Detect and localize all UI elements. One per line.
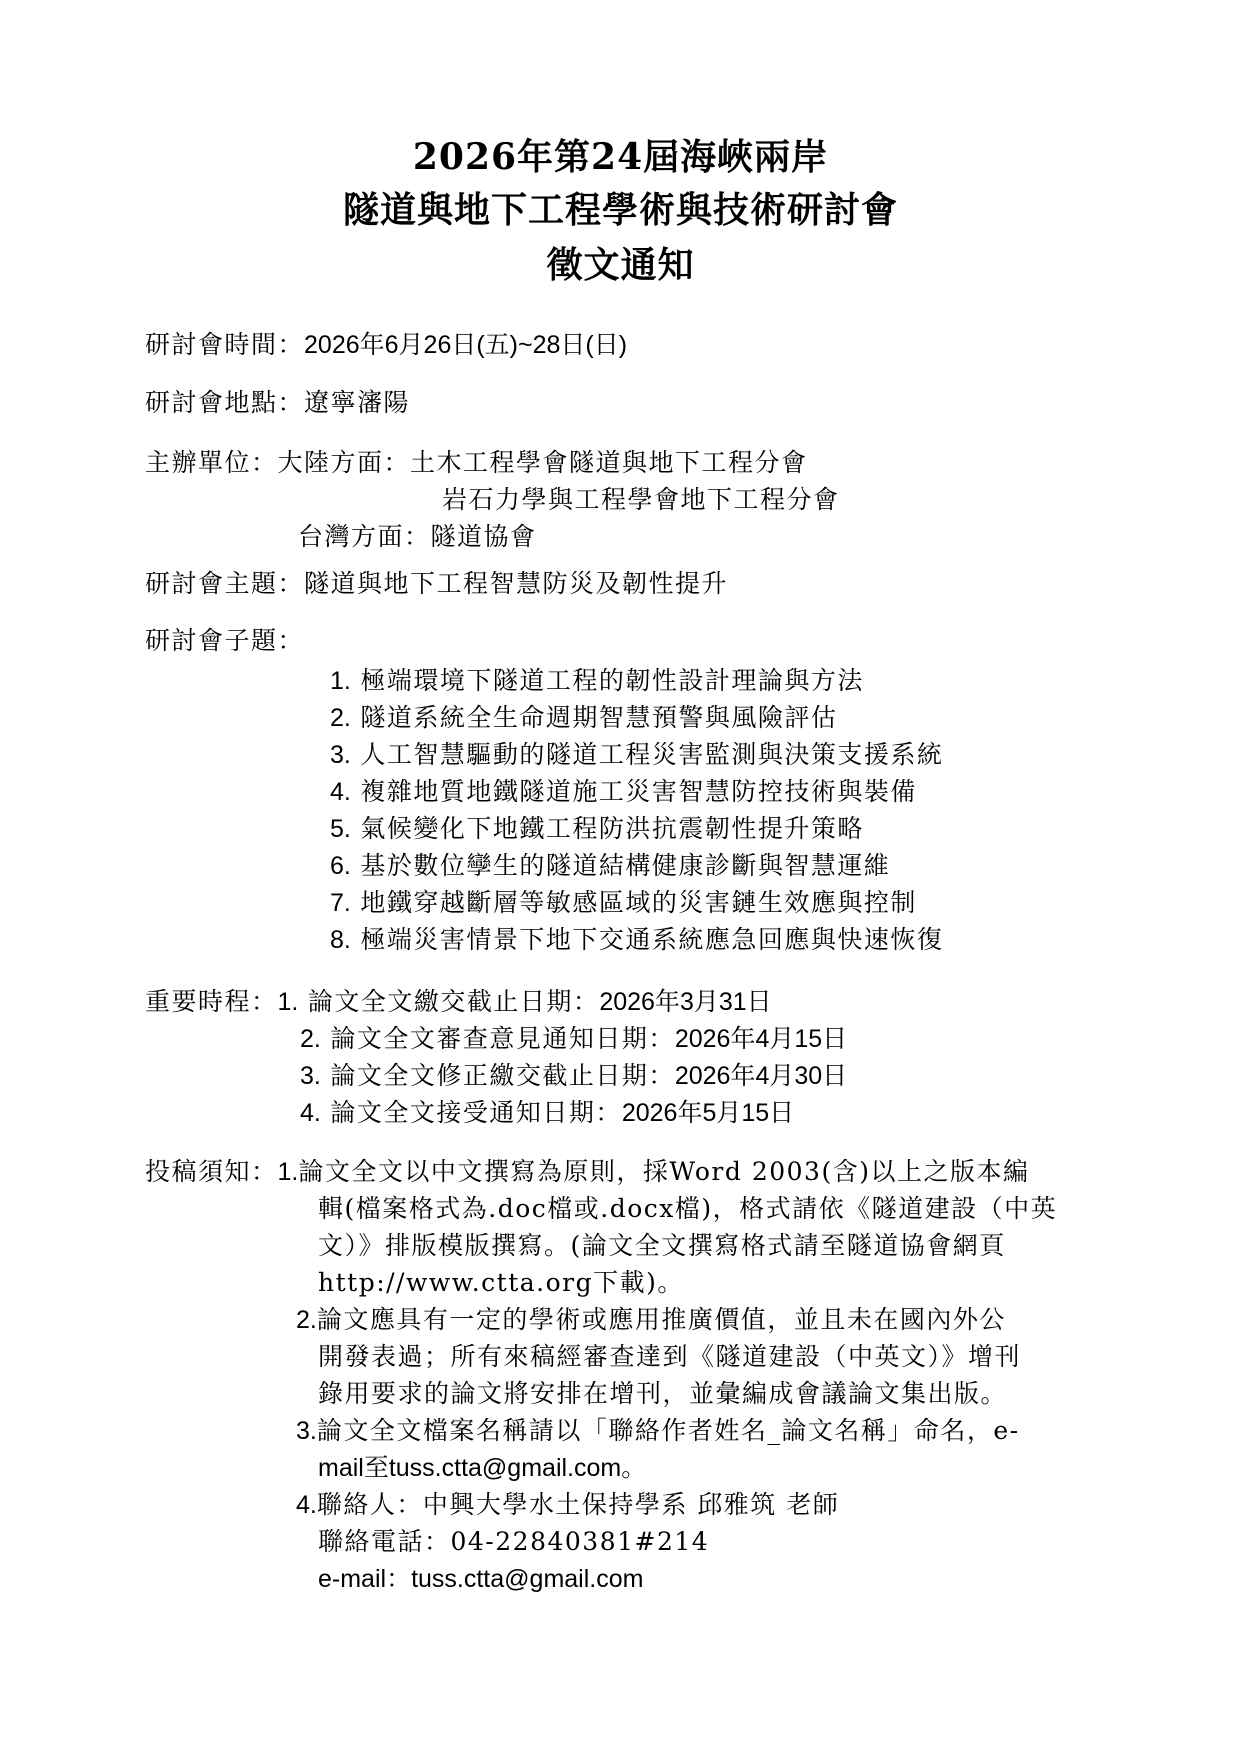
submission-note-line: 文）》排版模版撰寫。(論文全文撰寫格式請至隧道協會網頁 [318,1229,1006,1263]
title-line-1: 2026年第24屆海峽兩岸 [0,135,1241,179]
submission-note-4: 4.聯絡人：中興大學水土保持學系 邱雅筑 老師 [296,1488,839,1522]
time-value: 2026年6月26日(五)~28日(日) [304,331,627,359]
contact-email[interactable]: e-mail：tuss.ctta@gmail.com [318,1562,643,1596]
schedule-item: 4. 論文全文接受通知日期：2026年5月15日 [300,1096,794,1130]
theme-label: 研討會主題： [145,569,304,598]
mainland-organizer-2: 岩石力學與工程學會地下工程分會 [442,483,840,517]
organizers-row-taiwan: 台灣方面：隧道協會 [298,520,537,554]
submission-note-2: 2.論文應具有一定的學術或應用推廣價值，並且未在國內外公 [296,1303,1006,1337]
subtopic-item: 3. 人工智慧驅動的隧道工程災害監測與決策支援系統 [330,738,943,772]
mainland-label: 大陸方面： [278,448,411,477]
schedule-item: 重要時程：1. 論文全文繳交截止日期：2026年3月31日 [145,985,772,1019]
schedule-label: 重要時程： [145,987,278,1016]
subtopic-item: 1. 極端環境下隧道工程的韌性設計理論與方法 [330,664,864,698]
organizers-row-1: 主辦單位：大陸方面：土木工程學會隧道與地下工程分會 [145,446,808,480]
theme-value: 隧道與地下工程智慧防災及韌性提升 [304,569,728,598]
submission-note-line: 輯(檔案格式為.doc檔或.docx檔)，格式請依《隧道建設（中英 [318,1192,1057,1226]
submission-note-line: 錄用要求的論文將安排在增刊，並彙編成會議論文集出版。 [318,1377,1007,1411]
submission-label: 投稿須知： [145,1157,278,1186]
venue-label: 研討會地點： [145,388,304,417]
schedule-item: 2. 論文全文審查意見通知日期：2026年4月15日 [300,1022,847,1056]
conference-theme: 研討會主題：隧道與地下工程智慧防災及韌性提升 [145,567,728,601]
organizers-label: 主辦單位： [145,448,278,477]
subtopic-item: 6. 基於數位孿生的隧道結構健康診斷與智慧運維 [330,849,890,883]
subtopic-item: 5. 氣候變化下地鐵工程防洪抗震韌性提升策略 [330,812,864,846]
title-line-3: 徵文通知 [0,243,1241,287]
conference-venue: 研討會地點：遼寧瀋陽 [145,386,410,420]
submission-email-line[interactable]: mail至tuss.ctta@gmail.com。 [318,1451,646,1485]
subtopic-item: 7. 地鐵穿越斷層等敏感區域的災害鏈生效應與控制 [330,886,917,920]
submission-note-line: 開發表過；所有來稿經審查達到《隧道建設（中英文）》增刊 [318,1340,1021,1374]
subtopic-item: 4. 複雜地質地鐵隧道施工災害智慧防控技術與裝備 [330,775,917,809]
contact-phone: 聯絡電話：04-22840381#214 [318,1525,709,1559]
schedule-item: 3. 論文全文修正繳交截止日期：2026年4月30日 [300,1059,847,1093]
submission-note-3: 3.論文全文檔案名稱請以「聯絡作者姓名_論文名稱」命名，e- [296,1414,1020,1448]
submission-note-1: 投稿須知：1.論文全文以中文撰寫為原則，採Word 2003(含)以上之版本編 [145,1155,1029,1189]
subtopic-item: 8. 極端災害情景下地下交通系統應急回應與快速恢復 [330,923,943,957]
conference-time: 研討會時間：2026年6月26日(五)~28日(日) [145,328,627,362]
subtopic-item: 2. 隧道系統全生命週期智慧預警與風險評估 [330,701,837,735]
taiwan-organizer: 隧道協會 [431,522,537,551]
title-line-2: 隧道與地下工程學術與技術研討會 [0,188,1241,232]
subtopics-label: 研討會子題： [145,624,304,658]
mainland-organizer-1: 土木工程學會隧道與地下工程分會 [410,448,808,477]
venue-value: 遼寧瀋陽 [304,388,410,417]
website-link[interactable]: http://www.ctta.org下載)。 [318,1266,684,1300]
time-label: 研討會時間： [145,330,304,359]
taiwan-label: 台灣方面： [298,522,431,551]
